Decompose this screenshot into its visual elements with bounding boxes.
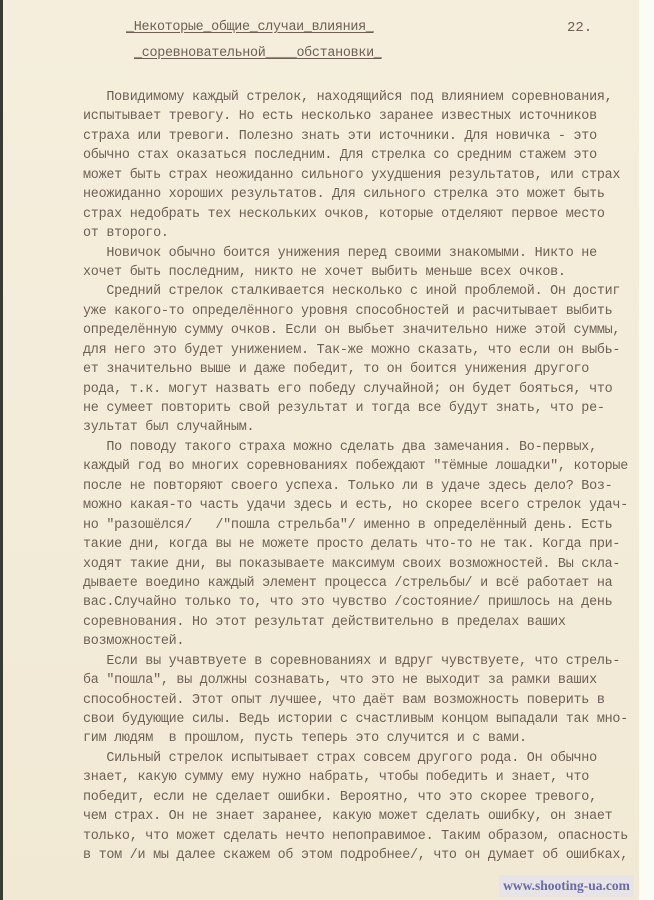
text-line: страх недобрать тех нескольких очков, ко… xyxy=(83,205,643,224)
scanned-page: _Некоторые_общие_случаи_влияния_ _соревн… xyxy=(0,0,654,900)
text-line: чем страх. Он не знает заранее, какую мо… xyxy=(83,807,643,826)
text-line: только, что может сделать нечто непоправ… xyxy=(83,827,643,846)
text-line: способностей. Этот опыт лучшее, что даёт… xyxy=(83,691,643,710)
text-line: неожиданно хороших результатов. Для силь… xyxy=(83,185,643,204)
text-line: обычно стах оказаться последним. Для стр… xyxy=(83,146,643,165)
text-line: соревнования. Но этот результат действит… xyxy=(83,613,643,632)
text-line: Средний стрелок сталкивается несколько с… xyxy=(83,282,643,301)
text-line: можно какая-то часть удачи здесь и есть,… xyxy=(83,496,643,515)
text-line: гим людям в прошлом, пусть теперь это сл… xyxy=(83,729,643,748)
text-line: рода, т.к. могут назвать его победу случ… xyxy=(83,380,643,399)
section-title-line-1: _Некоторые_общие_случаи_влияния_ xyxy=(126,20,374,35)
page-number: 22. xyxy=(567,20,592,36)
text-line: зультат был случайным. xyxy=(83,418,643,437)
text-line: возможностей. xyxy=(83,632,643,651)
text-line: ходят такие дни, вы показываете максимум… xyxy=(83,555,643,574)
text-line: в том /и мы далее скажем об этом подробн… xyxy=(83,846,643,865)
text-line: Сильный стрелок испытывает страх совсем … xyxy=(83,749,643,768)
text-line: ет значительно выше и даже победит, то о… xyxy=(83,360,643,379)
body-text: Повидимому каждый стрелок, находящийся п… xyxy=(83,88,643,866)
text-line: не сумеет повторить свой результат и тог… xyxy=(83,399,643,418)
text-line: хочет быть последним, никто не хочет выб… xyxy=(83,263,643,282)
text-line: каждый год во многих соревнованиях побеж… xyxy=(83,457,643,476)
text-line: ба "пошла", вы должны сознавать, что это… xyxy=(83,671,643,690)
text-line: уже какого-то определённого уровня спосо… xyxy=(83,302,643,321)
text-line: знает, какую сумму ему нужно набрать, чт… xyxy=(83,768,643,787)
watermark: www.shooting-ua.com xyxy=(499,875,634,897)
text-line: может быть страх неожиданно сильного уху… xyxy=(83,166,643,185)
text-line: от второго. xyxy=(83,224,643,243)
text-line: страха или тревоги. Полезно знать эти ис… xyxy=(83,127,643,146)
section-title-line-2: _соревновательной____обстановки_ xyxy=(134,46,382,61)
text-line: Повидимому каждый стрелок, находящийся п… xyxy=(83,88,643,107)
text-line: для него это будет унижением. Так-же мож… xyxy=(83,341,643,360)
text-line: Если вы учавтвуете в соревнованиях и вдр… xyxy=(83,652,643,671)
text-line: такие дни, когда вы не можете просто дел… xyxy=(83,535,643,554)
text-line: По поводу такого страха можно сделать дв… xyxy=(83,438,643,457)
text-line: вас.Случайно только то, что это чувство … xyxy=(83,593,643,612)
text-line: определённую сумму очков. Если он выбьет… xyxy=(83,321,643,340)
text-line: дываете воедино каждый элемент процесса … xyxy=(83,574,643,593)
text-line: после не повторяют своего успеха. Только… xyxy=(83,477,643,496)
text-line: Новичок обычно боится унижения перед сво… xyxy=(83,244,643,263)
text-line: но "разошёлся/ /"пошла стрельба"/ именно… xyxy=(83,516,643,535)
text-line: победит, если не сделает ошибки. Вероятн… xyxy=(83,788,643,807)
text-line: свои будующие силы. Ведь истории с счаст… xyxy=(83,710,643,729)
text-line: испытывает тревогу. Но есть несколько за… xyxy=(83,107,643,126)
